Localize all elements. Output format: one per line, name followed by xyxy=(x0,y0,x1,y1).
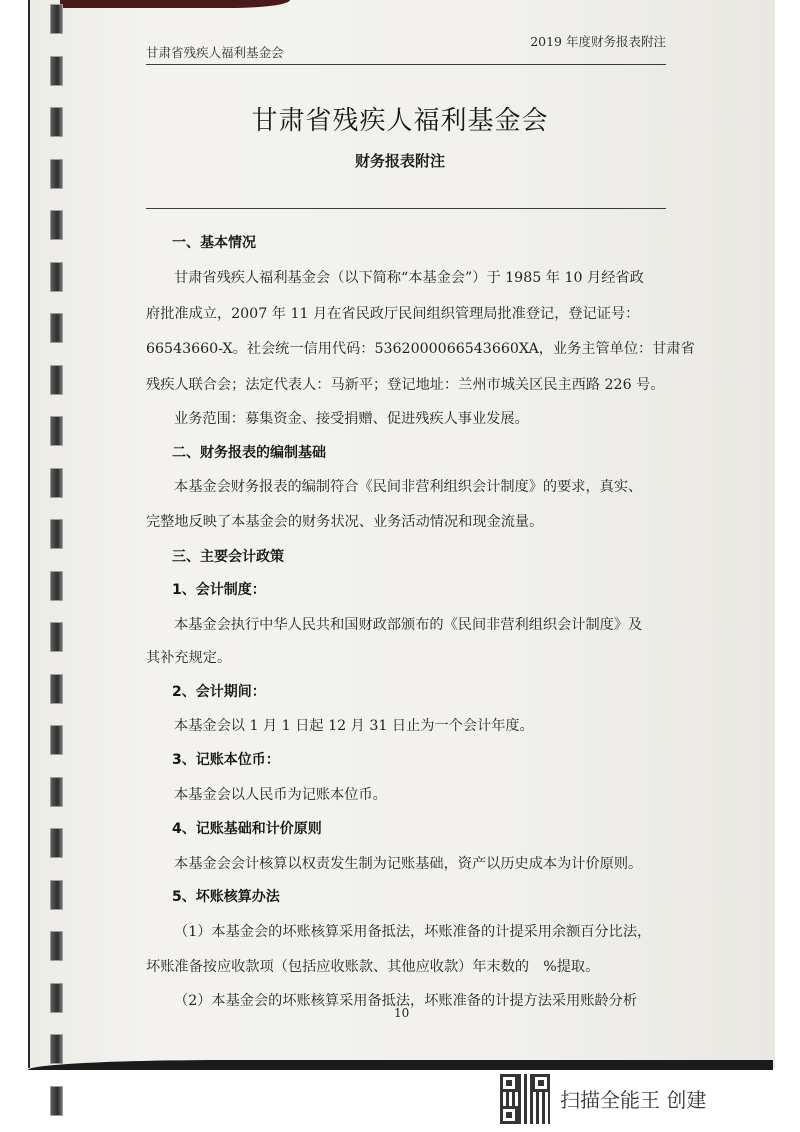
qr-finder-icon xyxy=(500,1106,518,1124)
binding-hole xyxy=(50,777,63,807)
binding-hole xyxy=(50,365,63,395)
page-bottom-edge xyxy=(28,1060,773,1070)
watermark-text: 扫描全能王 创建 xyxy=(560,1084,706,1113)
binding-hole xyxy=(50,313,63,343)
paragraph-line: 甘肃省残疾人福利基金会（以下简称“本基金会”）于 1985 年 10 月经省政 xyxy=(174,271,698,285)
header-organization: 甘肃省残疾人福利基金会 xyxy=(146,43,284,61)
paragraph-line: （1）本基金会的坏账核算采用备抵法，坏账准备的计提采用余额百分比法， xyxy=(174,925,698,939)
header-report-title: 2019 年度财务报表附注 xyxy=(530,32,666,50)
paragraph-line: 本基金会财务报表的编制符合《民间非营利组织会计制度》的要求，真实、 xyxy=(174,480,698,494)
scanner-watermark: 扫描全能王 创建 xyxy=(498,1072,798,1126)
qr-finder-icon xyxy=(532,1074,550,1092)
page-edge-shadow xyxy=(60,0,290,8)
binding-hole xyxy=(50,4,63,34)
paragraph-line: 66543660-X。社会统一信用代码：5362000066543660XA，业… xyxy=(146,342,670,356)
binding-hole xyxy=(50,880,63,910)
binding-hole xyxy=(50,210,63,240)
binding-hole xyxy=(50,519,63,549)
binding-hole xyxy=(50,468,63,498)
binding-hole xyxy=(50,828,63,858)
paragraph-line: 完整地反映了本基金会的财务状况、业务活动情况和现金流量。 xyxy=(146,515,670,529)
section-heading: 2、会计期间： xyxy=(172,685,696,699)
binding-hole xyxy=(50,571,63,601)
binding-hole xyxy=(50,262,63,292)
binding-hole xyxy=(50,1086,63,1116)
page-number: 10 xyxy=(394,1006,409,1020)
binding-hole xyxy=(50,983,63,1013)
document-title: 甘肃省残疾人福利基金会 xyxy=(0,100,800,137)
section-heading: 3、记账本位币： xyxy=(172,753,696,767)
paragraph-line: 府批准成立，2007 年 11 月在省民政厅民间组织管理局批准登记，登记证号： xyxy=(146,307,670,321)
binding-hole xyxy=(50,56,63,86)
paragraph-line: 残疾人联合会；法定代表人：马新平；登记地址：兰州市城关区民主西路 226 号。 xyxy=(146,378,670,392)
binding-hole xyxy=(50,674,63,704)
binding-hole xyxy=(50,725,63,755)
section-heading: 一、基本情况 xyxy=(172,236,696,250)
section-heading: 二、财务报表的编制基础 xyxy=(172,446,696,460)
paragraph-line: 其补充规定。 xyxy=(146,651,670,665)
paragraph-line: 本基金会执行中华人民共和国财政部颁布的《民间非营利组织会计制度》及 xyxy=(174,618,698,632)
running-header: 甘肃省残疾人福利基金会 2019 年度财务报表附注 xyxy=(146,34,666,65)
binding-hole xyxy=(50,1034,63,1064)
binding-hole xyxy=(50,622,63,652)
qr-code-icon xyxy=(500,1074,550,1124)
binding-hole xyxy=(50,931,63,961)
section-heading: 1、会计制度： xyxy=(172,583,696,597)
paragraph-line: （2）本基金会的坏账核算采用备抵法，坏账准备的计提方法采用账龄分析 xyxy=(174,994,698,1008)
section-heading: 三、主要会计政策 xyxy=(172,550,696,564)
paragraph-line: 业务范围：募集资金、接受捐赠、促进残疾人事业发展。 xyxy=(174,412,698,426)
paragraph-line: 本基金会以 1 月 1 日起 12 月 31 日止为一个会计年度。 xyxy=(174,719,698,733)
document-subtitle: 财务报表附注 xyxy=(0,150,800,171)
section-heading: 5、坏账核算办法 xyxy=(172,890,696,904)
paragraph-line: 本基金会以人民币为记账本位币。 xyxy=(174,788,698,802)
title-divider xyxy=(146,208,666,209)
paragraph-line: 本基金会会计核算以权责发生制为记账基础，资产以历史成本为计价原则。 xyxy=(174,857,698,871)
qr-finder-icon xyxy=(500,1074,518,1092)
binding-hole xyxy=(50,416,63,446)
paragraph-line: 坏账准备按应收款项（包括应收账款、其他应收款）年末数的 %提取。 xyxy=(146,960,670,974)
section-heading: 4、记账基础和计价原则 xyxy=(172,822,696,836)
